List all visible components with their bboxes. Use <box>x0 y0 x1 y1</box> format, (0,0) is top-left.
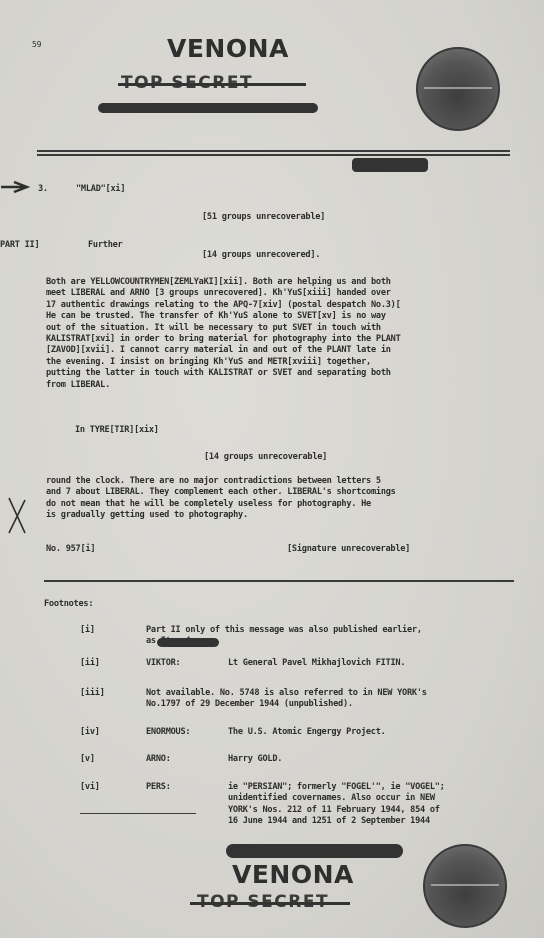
footnote-text: Not available. No. 5748 is also referred… <box>146 688 427 711</box>
body-paragraph: Both are YELLOWCOUNTRYMEN[ZEMLYaKI][xii]… <box>46 277 401 391</box>
footnote-key: ENORMOUS: <box>146 727 190 737</box>
nsa-seal-icon <box>416 47 500 131</box>
footnote-ref: [v] <box>80 754 95 764</box>
footnote-line: ie "PERSIAN"; formerly "FOGEL'", ie "VOG… <box>228 782 445 793</box>
footnotes-heading: Footnotes: <box>44 599 93 609</box>
body-line: KALISTRAT[xvi] in order to bring materia… <box>46 334 401 345</box>
footer-classification-strikethrough <box>190 902 350 905</box>
footnote-line: The U.S. Atomic Engergy Project. <box>228 727 386 738</box>
closing-line: is gradually getting used to photography… <box>46 510 396 521</box>
header-rule-bottom <box>37 154 510 156</box>
classification-strikethrough <box>118 83 306 86</box>
body-line: from LIBERAL. <box>46 380 401 391</box>
footnote-line: No.1797 of 29 December 1944 (unpublished… <box>146 699 427 710</box>
footer-nsa-seal-icon <box>423 844 507 928</box>
tyre-line: In TYRE[TIR][xix] <box>75 425 159 435</box>
header-venona: VENONA <box>167 34 289 63</box>
body-line: meet LIBERAL and ARNO [3 groups unrecove… <box>46 288 401 299</box>
x-mark-icon <box>6 496 28 536</box>
footer-redaction-bar <box>226 844 403 858</box>
footnote-key: ARNO: <box>146 754 171 764</box>
signature: [Signature unrecoverable] <box>287 544 410 554</box>
closing-line: and 7 about LIBERAL. They complement eac… <box>46 487 396 498</box>
further-text: Further <box>88 240 122 250</box>
footnote-key: VIKTOR: <box>146 658 180 668</box>
arrow-mark-icon <box>0 181 30 193</box>
section-number: 3. <box>38 184 48 194</box>
footnote-text: The U.S. Atomic Engergy Project. <box>228 727 386 738</box>
part-label: PART II] <box>0 240 39 250</box>
redaction-block <box>352 158 428 172</box>
message-number: No. 957[i] <box>46 544 95 554</box>
section-title: "MLAD"[xi] <box>76 184 125 194</box>
closing-line: do not mean that he will be completely u… <box>46 499 396 510</box>
document-page: 59 VENONA TOP SECRET 3. "MLAD"[xi] [51 g… <box>0 0 544 938</box>
footnote-line: 16 June 1944 and 1251 of 2 September 194… <box>228 816 445 827</box>
footnote-text: ie "PERSIAN"; formerly "FOGEL'", ie "VOG… <box>228 782 445 828</box>
body-line: out of the situation. It will be necessa… <box>46 323 401 334</box>
body-line: putting the latter in touch with KALISTR… <box>46 368 401 379</box>
footnote-line: Part II only of this message was also pu… <box>146 625 422 636</box>
footnote-line: unidentified covernames. Also occur in N… <box>228 793 445 804</box>
footnote-line: Lt General Pavel Mikhajlovich FITIN. <box>228 658 405 669</box>
header-rule-top <box>37 150 510 152</box>
footnote-line: YORK's Nos. 212 of 11 February 1944, 854… <box>228 805 445 816</box>
footnotes-rule <box>44 580 514 582</box>
footnote-ref: [ii] <box>80 658 100 668</box>
body-line: 17 authentic drawings relating to the AP… <box>46 300 401 311</box>
footnote-text: Lt General Pavel Mikhajlovich FITIN. <box>228 658 405 669</box>
gap-unrecoverable-3: [14 groups unrecoverable] <box>204 452 327 462</box>
gap-unrecovered-2: [14 groups unrecovered]. <box>202 250 320 260</box>
footnote-underline <box>80 813 196 814</box>
closing-line: round the clock. There are no major cont… <box>46 476 396 487</box>
footnote-key: PERS: <box>146 782 171 792</box>
footnote-ref: [iv] <box>80 727 100 737</box>
footer-venona: VENONA <box>232 860 354 889</box>
body-line: [ZAVOD][xvii]. I cannot carry material i… <box>46 345 401 356</box>
footnote-redaction <box>157 638 219 647</box>
body-line: Both are YELLOWCOUNTRYMEN[ZEMLYaKI][xii]… <box>46 277 401 288</box>
footnote-ref: [i] <box>80 625 95 635</box>
body-line: the evening. I insist on bringing Kh'YuS… <box>46 357 401 368</box>
gap-unrecoverable-1: [51 groups unrecoverable] <box>202 212 325 222</box>
footnote-line: Harry GOLD. <box>228 754 282 765</box>
footnote-line: Not available. No. 5748 is also referred… <box>146 688 427 699</box>
footnote-ref: [iii] <box>80 688 105 698</box>
footnote-ref: [vi] <box>80 782 100 792</box>
header-redaction-bar <box>98 103 318 113</box>
footnote-text: Harry GOLD. <box>228 754 282 765</box>
page-number: 59 <box>32 40 41 49</box>
body-line: He can be trusted. The transfer of Kh'Yu… <box>46 311 401 322</box>
closing-paragraph: round the clock. There are no major cont… <box>46 476 396 522</box>
